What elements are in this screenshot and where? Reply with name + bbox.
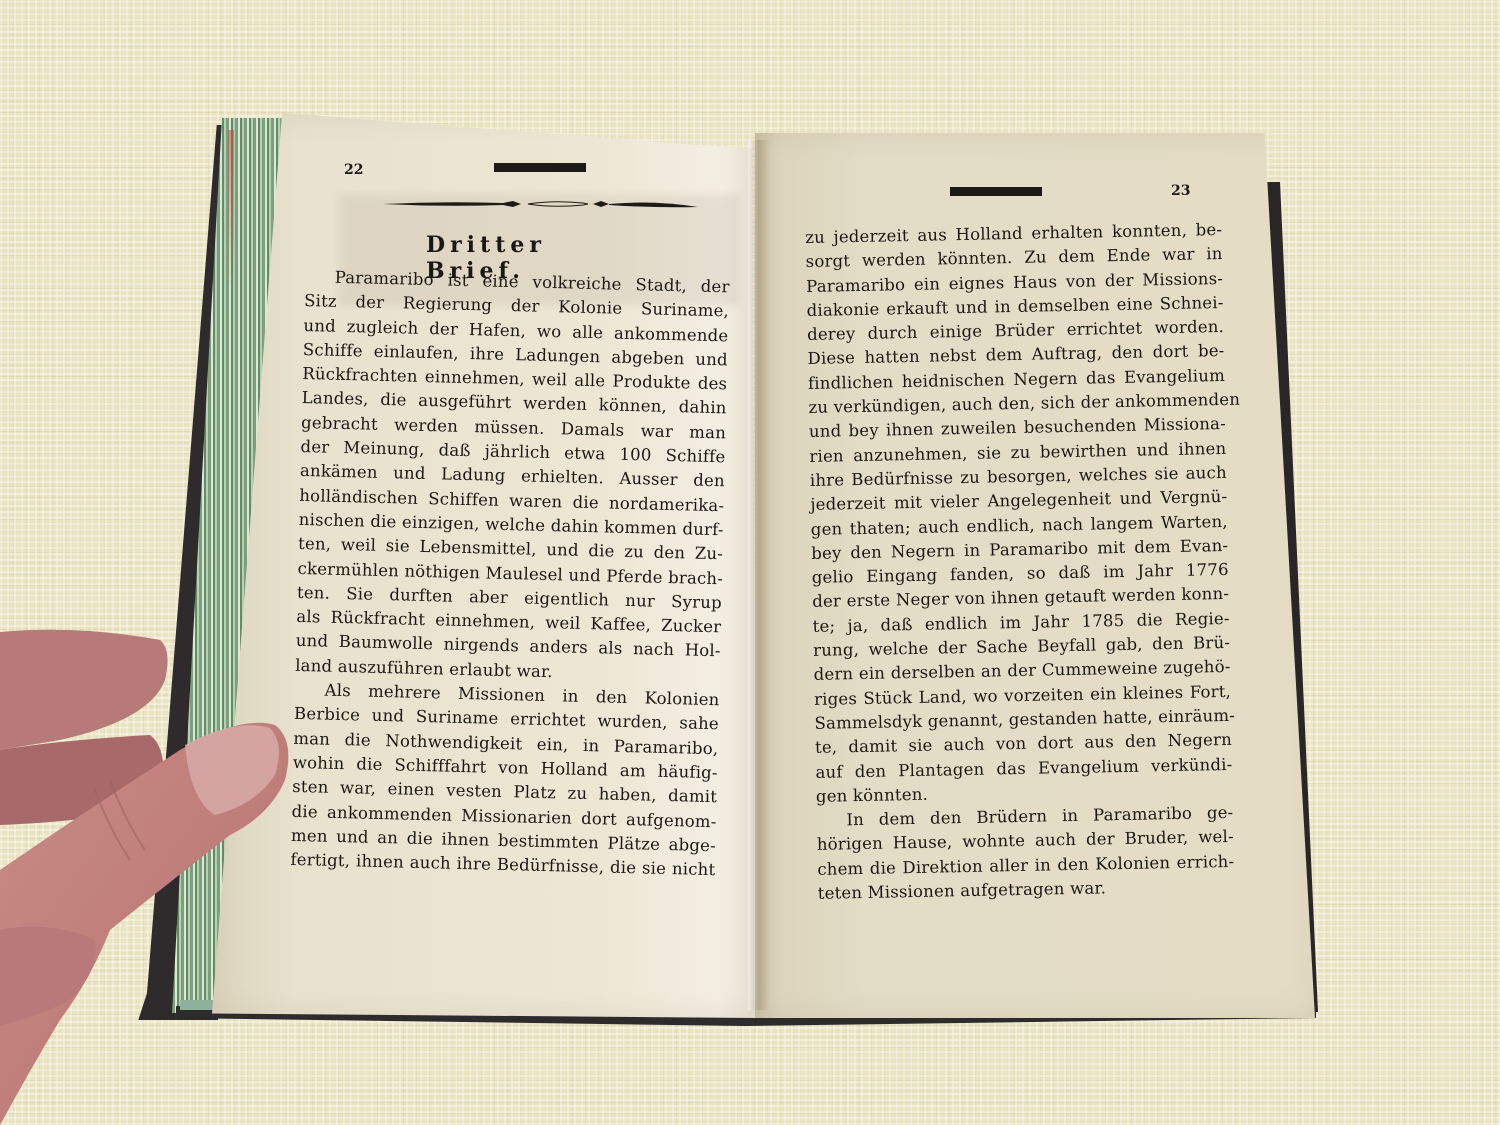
ornamental-divider-icon <box>383 198 698 212</box>
right-page-text: zu jederzeit aus Holland erhalten konnte… <box>805 218 1235 906</box>
book-gutter <box>748 140 770 1010</box>
page-edge-stain <box>228 130 234 290</box>
page-number-right: 23 <box>1171 183 1190 199</box>
left-page-text: Paramaribo ist eine volkreiche Stadt, de… <box>290 265 730 883</box>
page-number-left: 22 <box>344 162 363 178</box>
header-rule-left <box>494 163 586 170</box>
header-rule-right <box>950 187 1042 194</box>
hand-holding-book <box>0 600 330 1125</box>
photo-scene: 22 Dritter Brief. Paramaribo ist eine vo… <box>0 0 1500 1125</box>
